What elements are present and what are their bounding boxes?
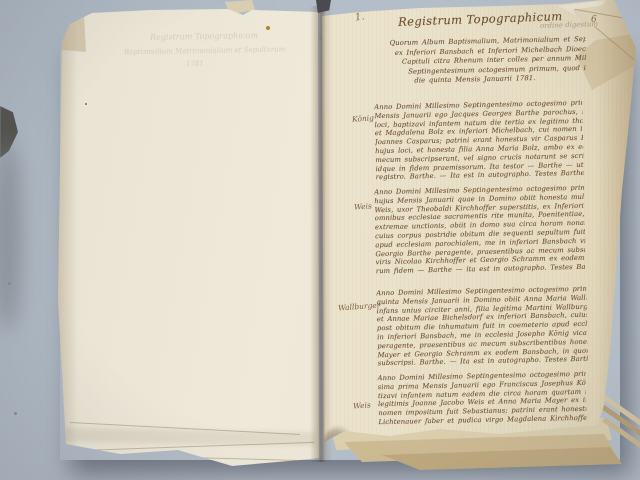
photo-vignette	[0, 0, 640, 480]
manuscript-photo: Registrum Topographicum Baptismalium Mat…	[0, 0, 640, 480]
